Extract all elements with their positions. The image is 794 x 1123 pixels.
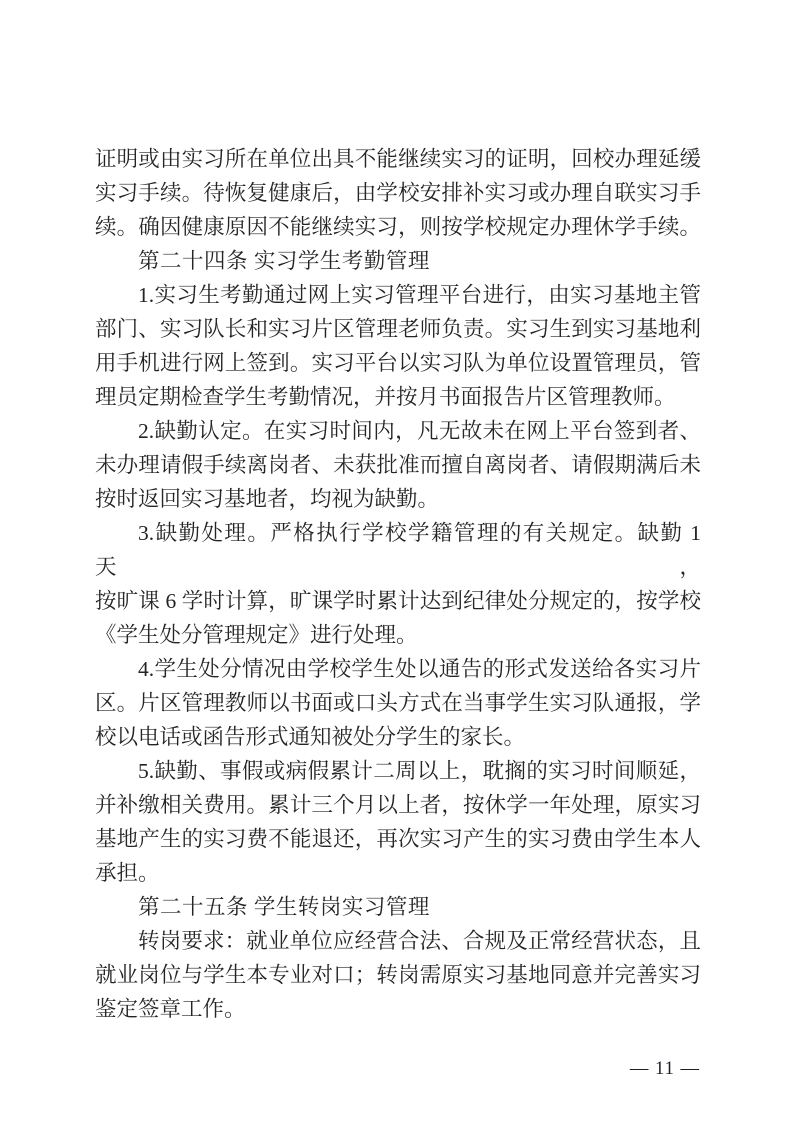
article-heading-25: 第二十五条 学生转岗实习管理 [95, 890, 701, 924]
text-line: 校以电话或函告形式通知被处分学生的家长。 [95, 720, 701, 754]
text-line: 鉴定签章工作。 [95, 992, 701, 1026]
clause-1-paragraph: 1.实习生考勤通过网上实习管理平台进行，由实习基地主管 部门、实习队长和实习片区… [95, 278, 701, 414]
text-block: 证明或由实习所在单位出具不能继续实习的证明，回校办理延缓 实习手续。待恢复健康后… [95, 142, 701, 1026]
clause-4-paragraph: 4.学生处分情况由学校学生处以通告的形式发送给各实习片 区。片区管理教师以书面或… [95, 652, 701, 754]
text-line: 《学生处分管理规定》进行处理。 [95, 618, 701, 652]
text-line: 部门、实习队长和实习片区管理老师负责。实习生到实习基地利 [95, 312, 701, 346]
text-line: 并补缴相关费用。累计三个月以上者，按休学一年处理，原实习 [95, 788, 701, 822]
article-heading-24: 第二十四条 实习学生考勤管理 [95, 244, 701, 278]
text-line: 区。片区管理教师以书面或口头方式在当事学生实习队通报，学 [95, 686, 701, 720]
text-line: 4.学生处分情况由学校学生处以通告的形式发送给各实习片 [95, 652, 701, 686]
text-line: 就业岗位与学生本专业对口；转岗需原实习基地同意并完善实习 [95, 958, 701, 992]
text-line: 用手机进行网上签到。实习平台以实习队为单位设置管理员，管 [95, 346, 701, 380]
text-line: 转岗要求：就业单位应经营合法、合规及正常经营状态，且 [95, 924, 701, 958]
text-line: 3.缺勤处理。严格执行学校学籍管理的有关规定。缺勤 1 天， [95, 516, 701, 584]
text-line: 按时返回实习基地者，均视为缺勤。 [95, 482, 701, 516]
paragraph-continuation: 证明或由实习所在单位出具不能继续实习的证明，回校办理延缓 实习手续。待恢复健康后… [95, 142, 701, 244]
text-line: 2.缺勤认定。在实习时间内，凡无故未在网上平台签到者、 [95, 414, 701, 448]
document-page: 证明或由实习所在单位出具不能继续实习的证明，回校办理延缓 实习手续。待恢复健康后… [0, 0, 794, 1123]
text-line: 基地产生的实习费不能退还，再次实习产生的实习费由学生本人 [95, 822, 701, 856]
text-line: 按旷课 6 学时计算，旷课学时累计达到纪律处分规定的，按学校 [95, 584, 701, 618]
text-line: 实习手续。待恢复健康后，由学校安排补实习或办理自联实习手 [95, 176, 701, 210]
clause-3-paragraph: 3.缺勤处理。严格执行学校学籍管理的有关规定。缺勤 1 天， 按旷课 6 学时计… [95, 516, 701, 652]
text-line: 理员定期检查学生考勤情况，并按月书面报告片区管理教师。 [95, 380, 701, 414]
text-line: 1.实习生考勤通过网上实习管理平台进行，由实习基地主管 [95, 278, 701, 312]
text-line: 证明或由实习所在单位出具不能继续实习的证明，回校办理延缓 [95, 142, 701, 176]
text-line: 续。确因健康原因不能继续实习，则按学校规定办理休学手续。 [95, 210, 701, 244]
heading-line: 第二十五条 学生转岗实习管理 [95, 890, 701, 924]
heading-line: 第二十四条 实习学生考勤管理 [95, 244, 701, 278]
text-line: 5.缺勤、事假或病假累计二周以上，耽搁的实习时间顺延， [95, 754, 701, 788]
text-line: 未办理请假手续离岗者、未获批准而擅自离岗者、请假期满后未 [95, 448, 701, 482]
clause-5-paragraph: 5.缺勤、事假或病假累计二周以上，耽搁的实习时间顺延， 并补缴相关费用。累计三个… [95, 754, 701, 890]
page-number: — 11 — [630, 1056, 700, 1082]
transfer-requirements-paragraph: 转岗要求：就业单位应经营合法、合规及正常经营状态，且 就业岗位与学生本专业对口；… [95, 924, 701, 1026]
clause-2-paragraph: 2.缺勤认定。在实习时间内，凡无故未在网上平台签到者、 未办理请假手续离岗者、未… [95, 414, 701, 516]
text-line: 承担。 [95, 856, 701, 890]
